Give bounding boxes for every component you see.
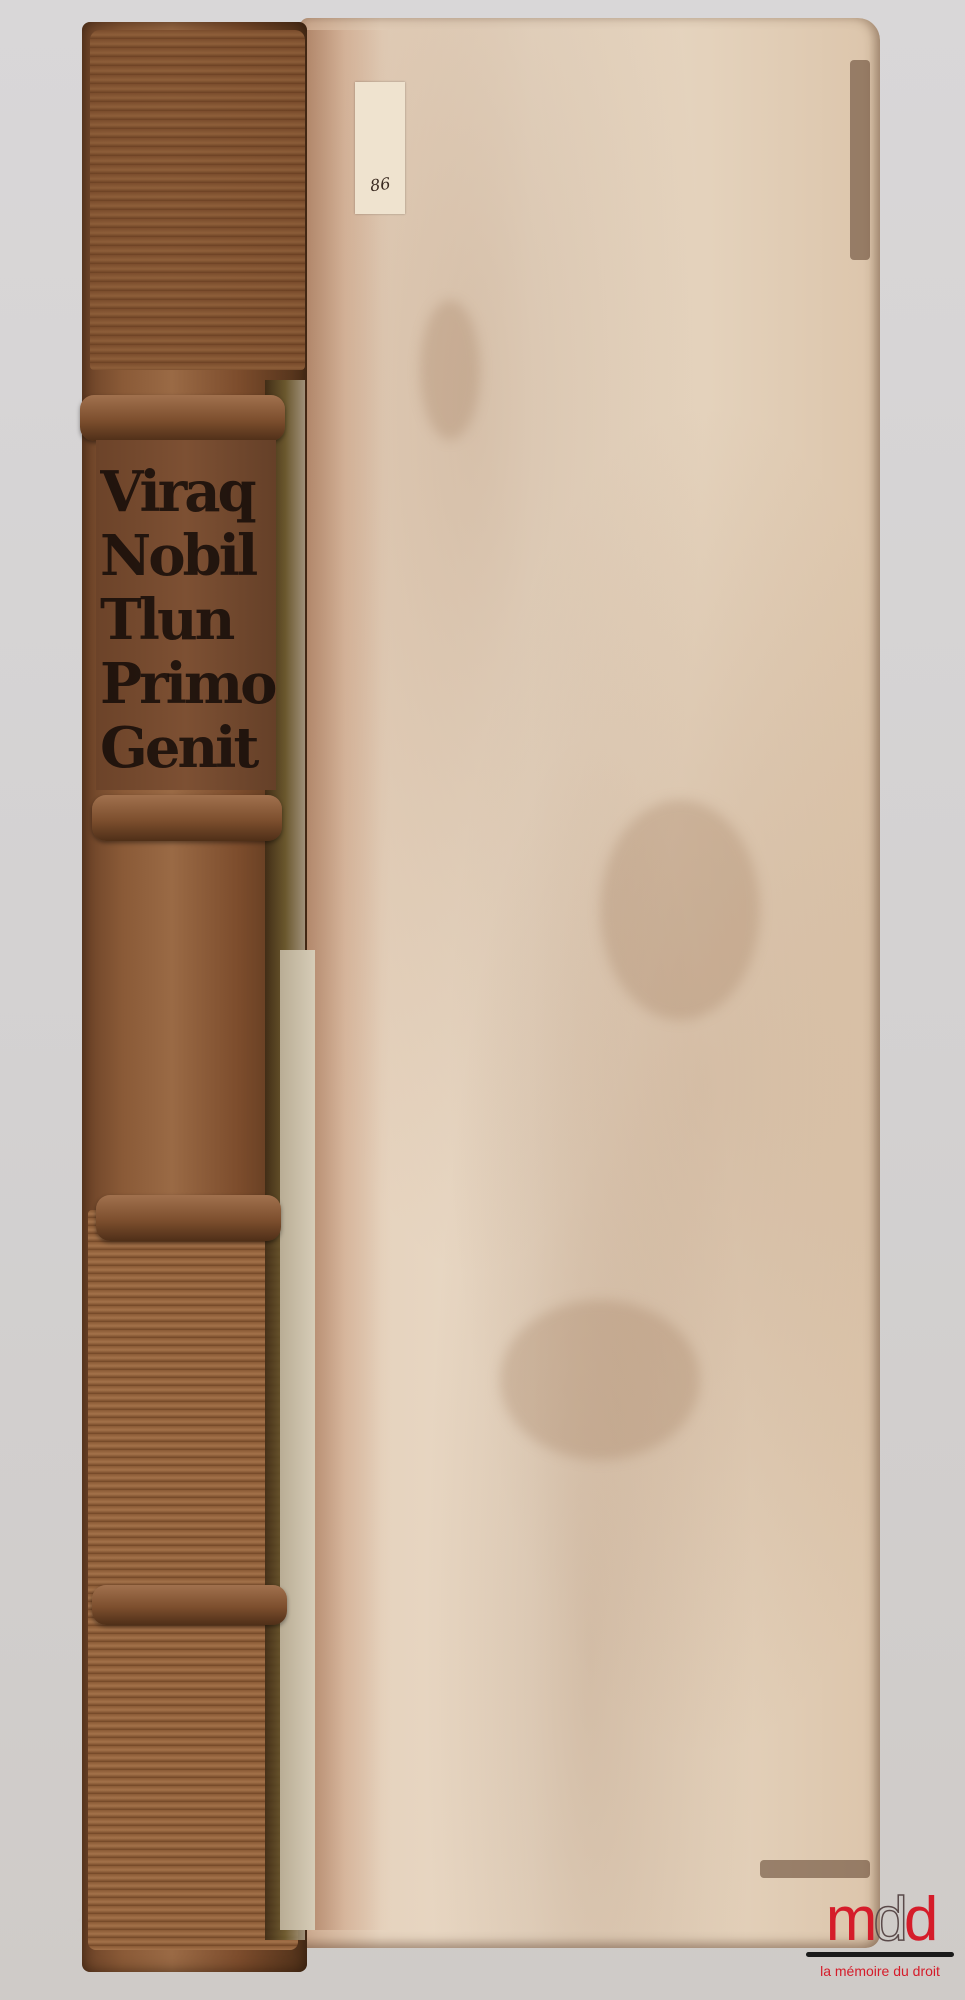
spine-title: Viraq Nobil Tlun Primo Genit <box>100 460 280 780</box>
spine-title-line: Nobil <box>100 524 280 588</box>
shelf-label-number: 86 <box>369 174 392 196</box>
spine-raised-band <box>92 795 282 841</box>
cover-stain <box>600 800 760 1020</box>
mdd-logo: mdd la mémoire du droit <box>800 1892 960 1979</box>
spine-raised-band <box>96 1195 281 1241</box>
book-photo: 86 Viraq Nobil Tlun Primo Genit mdd la m… <box>0 0 965 2000</box>
cover-stain <box>500 1300 700 1460</box>
cover-worn-edge <box>850 60 870 260</box>
logo-letter-d-outline: d <box>873 1885 903 1954</box>
shelf-label: 86 <box>355 82 405 214</box>
cover-stain <box>420 300 480 440</box>
spine-raised-band <box>92 1585 287 1625</box>
logo-letter-d: d <box>904 1885 934 1954</box>
spine-raised-band <box>80 395 285 441</box>
spine-title-line: Genit <box>100 716 280 780</box>
logo-mark: mdd <box>800 1892 960 1948</box>
spine-exposed-paper <box>280 950 315 1930</box>
spine-title-line: Primo <box>100 652 280 716</box>
spine-title-line: Tlun <box>100 588 280 652</box>
logo-letter-m: m <box>826 1885 874 1954</box>
cover-worn-edge <box>760 1860 870 1878</box>
spine-top-compartment <box>90 30 305 370</box>
logo-tagline: la mémoire du droit <box>800 1963 960 1979</box>
spine-title-line: Viraq <box>100 460 280 524</box>
